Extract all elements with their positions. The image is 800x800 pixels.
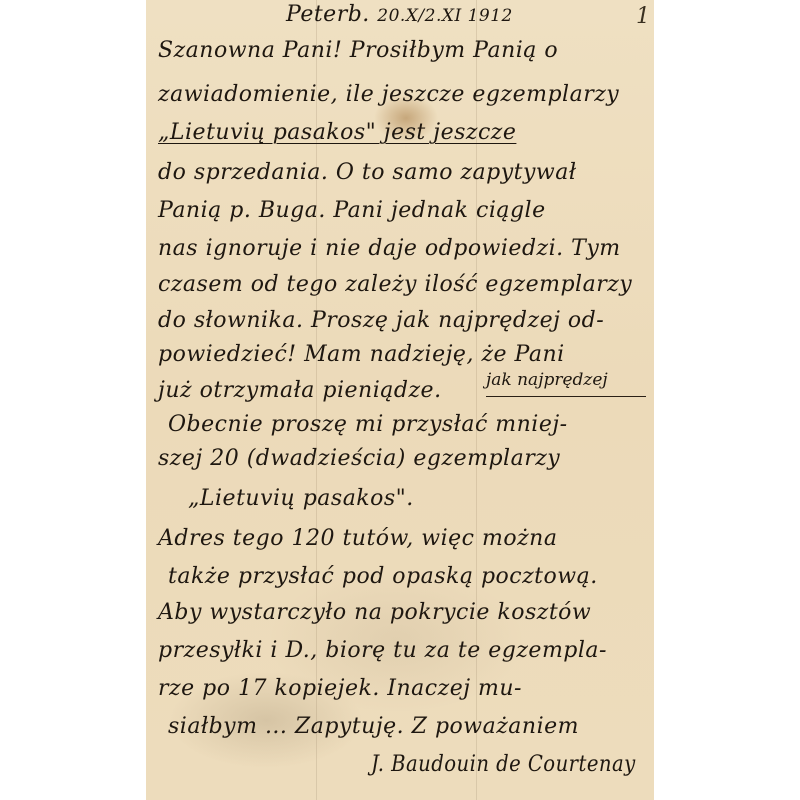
letter-line: czasem od tego zależy ilość egzemplarzy bbox=[158, 272, 632, 297]
letter-line: zawiadomienie, ile jeszcze egzemplarzy bbox=[158, 82, 619, 107]
margin-insertion: jak najprędzej bbox=[486, 370, 608, 390]
letter-line: do słownika. Proszę jak najprędzej od- bbox=[158, 308, 604, 333]
letter-header: Peterb. 20.X/2.XI 1912 bbox=[286, 2, 513, 27]
letter-line: Obecnie proszę mi przysłać mniej- bbox=[168, 412, 568, 437]
letter-paper: 1 Peterb. 20.X/2.XI 1912 Szanowna Pani! … bbox=[146, 0, 654, 800]
letter-line: Panią p. Buga. Pani jednak ciągle bbox=[158, 198, 546, 223]
letter-line: przesyłki i D., biorę tu za te egzempla- bbox=[158, 638, 607, 663]
letter-line: także przysłać pod opaską pocztową. bbox=[168, 564, 598, 589]
letter-line: powiedzieć! Mam nadzieję, że Pani bbox=[158, 342, 565, 367]
letter-line-title: „Lietuvių pasakos". bbox=[188, 486, 414, 511]
letter-line: Aby wystarczyło na pokrycie kosztów bbox=[158, 600, 591, 625]
letter-line: Adres tego 120 tutów, więc można bbox=[158, 526, 557, 551]
letter-line: już otrzymała pieniądze. bbox=[158, 378, 442, 403]
header-date: 20.X/2.XI 1912 bbox=[377, 6, 513, 26]
letter-line: do sprzedania. O to samo zapytywał bbox=[158, 160, 577, 185]
letter-line: szej 20 (dwadzieścia) egzemplarzy bbox=[158, 446, 560, 471]
header-place: Peterb. bbox=[286, 2, 370, 27]
page-number: 1 bbox=[636, 4, 650, 29]
letter-line: nas ignoruje i nie daje odpowiedzi. Tym bbox=[158, 236, 621, 261]
letter-line: Szanowna Pani! Prosiłbym Panią o bbox=[158, 38, 558, 63]
insertion-underline bbox=[486, 396, 646, 397]
letter-line-title: „Lietuvių pasakos" jest jeszcze bbox=[158, 120, 516, 145]
signature: J. Baudouin de Courtenay bbox=[371, 752, 636, 777]
letter-line: siałbym ... Zapytuję. Z poważaniem bbox=[168, 714, 579, 739]
letter-line: rze po 17 kopiejek. Inaczej mu- bbox=[158, 676, 522, 701]
